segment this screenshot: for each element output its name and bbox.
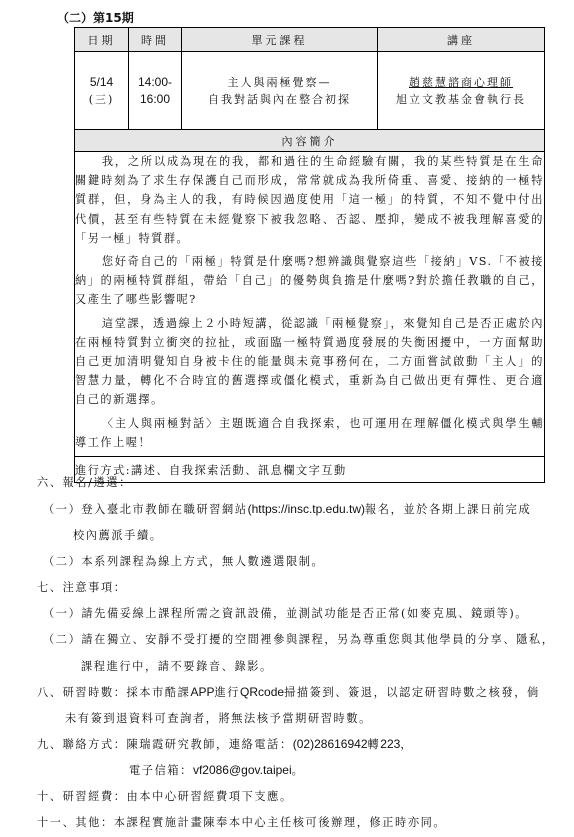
s8-mid: 進行: [214, 686, 240, 699]
session-title: （二）第15期: [57, 9, 134, 26]
contact-email-link[interactable]: vf2086@gov.taipei: [193, 763, 292, 777]
header-lecturer: 講座: [378, 28, 545, 52]
s8-prefix: 八、研習時數：採本市酷課: [37, 686, 190, 699]
header-time: 時間: [129, 28, 182, 52]
section-7-item-2-cont: 課程進行中，請不要錄音、錄影。: [81, 658, 273, 674]
section-7-title: 七、注意事項：: [37, 579, 127, 595]
section-6-item-1-cont: 校內薦派手續。: [73, 527, 163, 543]
section-9-email: 電子信箱：vf2086@gov.taipei。: [129, 762, 304, 778]
header-date: 日期: [75, 28, 129, 52]
s6-item1-suffix: 報名，並於各期上課日前完成: [365, 503, 531, 516]
section-8: 八、研習時數：採本市酷課APP進行QRcode掃描簽到、簽退，以認定研習時數之核…: [37, 684, 540, 700]
contact-phone: (02)28616942: [293, 737, 368, 751]
s9-email-punct: 。: [292, 764, 305, 777]
time-end: 16:00: [129, 91, 181, 108]
table-row: 5/14 (三) 14:00- 16:00 主人與兩極覺察— 自我對話與內在整合…: [75, 52, 545, 130]
lecturer-title: 旭立文教基金會執行長: [378, 91, 544, 108]
header-course: 單元課程: [182, 28, 378, 52]
s8-qrcode: QRcode: [240, 685, 284, 699]
s9-prefix: 九、聯絡方式：陳瑞霞研究教師，連絡電話：: [37, 738, 293, 751]
intro-paragraph: 我，之所以成為現在的我，都和過往的生命經驗有關，我的某些特質是在生命關鍵時刻為了…: [75, 152, 544, 248]
lecturer-name: 趙慈慧諮商心理師: [378, 74, 544, 91]
s8-app: APP: [190, 685, 214, 699]
cell-date: 5/14 (三): [75, 52, 129, 130]
email-label: 電子信箱：: [129, 764, 193, 777]
section-7-item-2: （二）請在獨立、安靜不受打擾的空間裡參與課程，另為尊重您與其他學員的分享、隱私，: [43, 631, 555, 647]
course-title-line1: 主人與兩極覺察—: [182, 74, 377, 91]
cell-lecturer: 趙慈慧諮商心理師 旭立文教基金會執行長: [378, 52, 545, 130]
section-6-item-2: （二）本系列課程為線上方式，無人數遴選限制。: [43, 553, 324, 569]
section-7-item-1: （一）請先備妥線上課程所需之資訊設備，並測試功能是否正常(如麥克風、鏡頭等)。: [43, 605, 528, 621]
cell-course: 主人與兩極覺察— 自我對話與內在整合初探: [182, 52, 378, 130]
section-6-item-1: （一）登入臺北市教師在職研習網站(https://insc.tp.edu.tw)…: [43, 501, 531, 517]
intro-paragraph: 〈主人與兩極對話〉主題既適合自我探索，也可運用在理解僵化模式與學生輔導工作上喔！: [75, 414, 544, 452]
date-value: 5/14: [75, 74, 128, 91]
course-title-line2: 自我對話與內在整合初探: [182, 91, 377, 108]
weekday-value: (三): [75, 91, 128, 108]
time-start: 14:00-: [129, 74, 181, 91]
section-10: 十、研習經費：由本中心研習經費項下支應。: [37, 788, 293, 804]
section-8-cont: 未有簽到退資料可查詢者，將無法核予當期研習時數。: [65, 710, 372, 726]
intro-paragraph: 這堂課，透過線上２小時短講，從認識「兩極覺察」，來覺知自己是否正處於內在兩極特質…: [75, 314, 544, 410]
schedule-table: 日期 時間 單元課程 講座 5/14 (三) 14:00- 16:00 主人與兩…: [74, 27, 545, 483]
intro-content-row: 我，之所以成為現在的我，都和過往的生命經驗有關，我的某些特質是在生命關鍵時刻為了…: [75, 152, 545, 457]
section-6-title: 六、報名/遴選：: [37, 474, 132, 490]
intro-paragraph: 您好奇自己的「兩極」特質是什麼嗎?想辨識與覺察這些「接納」VS.「不被接納」的兩…: [75, 252, 544, 310]
intro-header-row: 內容簡介: [75, 130, 545, 152]
section-9: 九、聯絡方式：陳瑞霞研究教師，連絡電話：(02)28616942轉223，: [37, 736, 413, 752]
registration-url-link[interactable]: (https://insc.tp.edu.tw): [248, 502, 365, 516]
intro-content: 我，之所以成為現在的我，都和過往的生命經驗有關，我的某些特質是在生命關鍵時刻為了…: [75, 152, 545, 457]
s8-suffix: 掃描簽到、簽退，以認定研習時數之核發，倘: [284, 686, 540, 699]
section-11: 十一、其他：本課程實施計畫陳奉本中心主任核可後辦理，修正時亦同。: [37, 814, 446, 830]
s9-ext-label: 轉: [368, 738, 381, 751]
intro-header: 內容簡介: [75, 130, 545, 152]
s6-item1-prefix: （一）登入臺北市教師在職研習網站: [43, 503, 248, 516]
method-row: 進行方式:講述、自我探索活動、訊息欄文字互動: [75, 457, 545, 483]
method-text: 進行方式:講述、自我探索活動、訊息欄文字互動: [75, 457, 545, 483]
s9-punct: ，: [400, 738, 413, 751]
cell-time: 14:00- 16:00: [129, 52, 182, 130]
contact-extension: 223: [380, 737, 400, 751]
table-header-row: 日期 時間 單元課程 講座: [75, 28, 545, 52]
